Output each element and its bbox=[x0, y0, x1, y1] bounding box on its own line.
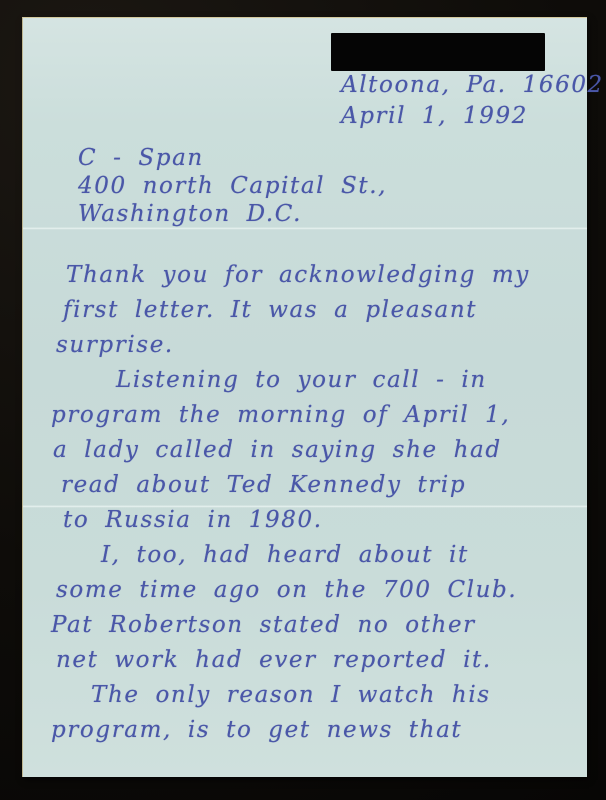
handwritten-line: Thank you for acknowledging my bbox=[51, 258, 530, 293]
scanned-letter-background: Altoona, Pa. 16602 April 1, 1992 C - Spa… bbox=[0, 0, 606, 800]
handwritten-line: to Russia in 1980. bbox=[51, 503, 530, 538]
handwritten-line: program the morning of April 1, bbox=[51, 398, 530, 433]
handwritten-line: first letter. It was a pleasant bbox=[51, 293, 530, 328]
recipient-line: Washington D.C. bbox=[78, 200, 387, 228]
letter-heading: Altoona, Pa. 16602 April 1, 1992 bbox=[341, 70, 604, 132]
handwritten-line: Listening to your call - in bbox=[51, 363, 530, 398]
handwritten-line: surprise. bbox=[51, 328, 530, 363]
letter-body: Thank you for acknowledging my first let… bbox=[51, 258, 530, 748]
handwritten-line: net work had ever reported it. bbox=[51, 643, 530, 678]
recipient-line: 400 north Capital St., bbox=[78, 172, 387, 200]
place-line: Altoona, Pa. 16602 bbox=[341, 70, 604, 101]
date-line: April 1, 1992 bbox=[341, 101, 604, 132]
redaction-box bbox=[331, 33, 545, 71]
recipient-line: C - Span bbox=[78, 144, 387, 172]
handwritten-line: program, is to get news that bbox=[51, 713, 530, 748]
letter-paper: Altoona, Pa. 16602 April 1, 1992 C - Spa… bbox=[22, 17, 587, 777]
handwritten-line: some time ago on the 700 Club. bbox=[51, 573, 530, 608]
handwritten-line: The only reason I watch his bbox=[51, 678, 530, 713]
handwritten-line: Pat Robertson stated no other bbox=[51, 608, 530, 643]
handwritten-line: a lady called in saying she had bbox=[51, 433, 530, 468]
recipient-address: C - Span 400 north Capital St., Washingt… bbox=[78, 144, 387, 228]
handwritten-line: I, too, had heard about it bbox=[51, 538, 530, 573]
handwritten-line: read about Ted Kennedy trip bbox=[51, 468, 530, 503]
